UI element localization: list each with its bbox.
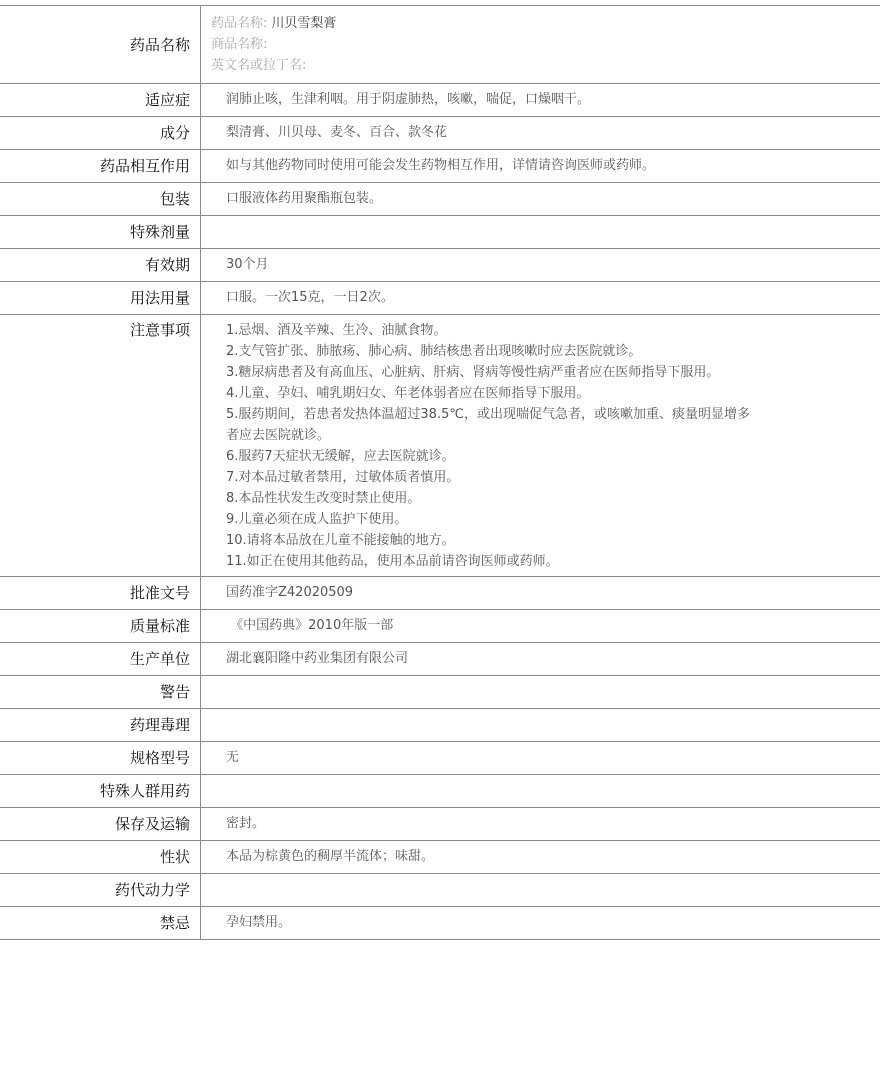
precaution-item: 7.对本品过敏者禁用，过敏体质者慎用。 [226, 467, 756, 488]
generic-name-value: 川贝雪梨膏 [271, 16, 336, 31]
row-value: 1.忌烟、酒及辛辣、生冷、油腻食物。 2.支气管扩张、肺脓疡、肺心病、肺结核患者… [201, 315, 880, 577]
row-drug-name: 药品名称 药品名称:川贝雪梨膏 商品名称: 英文名或拉丁名: [0, 6, 880, 84]
row-value [201, 709, 880, 742]
row-label: 保存及运输 [0, 808, 201, 841]
row-label: 药品相互作用 [0, 150, 201, 183]
row-label: 药理毒理 [0, 709, 201, 742]
precaution-item: 3.糖尿病患者及有高血压、心脏病、肝病、肾病等慢性病严重者应在医师指导下服用。 [226, 362, 756, 383]
row-value [201, 676, 880, 709]
row-value: 梨清膏、川贝母、麦冬、百合、款冬花 [201, 117, 880, 150]
row-contraindications: 禁忌 孕妇禁用。 [0, 907, 880, 940]
generic-name-line: 药品名称:川贝雪梨膏 [211, 13, 880, 34]
row-label: 成分 [0, 117, 201, 150]
row-value [201, 874, 880, 907]
row-value: 口服液体药用聚酯瓶包装。 [201, 183, 880, 216]
precaution-item: 5.服药期间，若患者发热体温超过38.5℃，或出现喘促气急者，或咳嗽加重、痰量明… [226, 404, 756, 446]
row-quality-standard: 质量标准 《中国药典》2010年版一部 [0, 610, 880, 643]
row-label: 生产单位 [0, 643, 201, 676]
precaution-item: 2.支气管扩张、肺脓疡、肺心病、肺结核患者出现咳嗽时应去医院就诊。 [226, 341, 756, 362]
row-value: 30个月 [201, 249, 880, 282]
row-value [201, 775, 880, 808]
row-dosage: 用法用量 口服。一次15克，一日2次。 [0, 282, 880, 315]
row-value: 无 [201, 742, 880, 775]
row-value: 口服。一次15克，一日2次。 [201, 282, 880, 315]
row-ingredients: 成分 梨清膏、川贝母、麦冬、百合、款冬花 [0, 117, 880, 150]
row-approval-number: 批准文号 国药准字Z42020509 [0, 577, 880, 610]
precaution-item: 1.忌烟、酒及辛辣、生冷、油腻食物。 [226, 320, 756, 341]
row-special-populations: 特殊人群用药 [0, 775, 880, 808]
row-manufacturer: 生产单位 湖北襄阳隆中药业集团有限公司 [0, 643, 880, 676]
latin-name-line: 英文名或拉丁名: [211, 55, 880, 76]
row-warning: 警告 [0, 676, 880, 709]
row-value: 药品名称:川贝雪梨膏 商品名称: 英文名或拉丁名: [201, 6, 880, 84]
row-label: 有效期 [0, 249, 201, 282]
row-label: 药品名称 [0, 6, 201, 84]
row-label: 质量标准 [0, 610, 201, 643]
row-label: 注意事项 [0, 315, 201, 577]
row-label: 包装 [0, 183, 201, 216]
row-label: 批准文号 [0, 577, 201, 610]
latin-name-key: 英文名或拉丁名: [211, 58, 306, 73]
row-label: 性状 [0, 841, 201, 874]
row-specification: 规格型号 无 [0, 742, 880, 775]
row-storage: 保存及运输 密封。 [0, 808, 880, 841]
row-value [201, 216, 880, 249]
row-shelf-life: 有效期 30个月 [0, 249, 880, 282]
precaution-item: 4.儿童、孕妇、哺乳期妇女、年老体弱者应在医师指导下服用。 [226, 383, 756, 404]
precaution-item: 9.儿童必须在成人监护下使用。 [226, 509, 756, 530]
row-pharmacology: 药理毒理 [0, 709, 880, 742]
row-label: 特殊剂量 [0, 216, 201, 249]
row-label: 禁忌 [0, 907, 201, 940]
row-packaging: 包装 口服液体药用聚酯瓶包装。 [0, 183, 880, 216]
trade-name-line: 商品名称: [211, 34, 880, 55]
row-value: 密封。 [201, 808, 880, 841]
row-description: 性状 本品为棕黄色的稠厚半流体；味甜。 [0, 841, 880, 874]
row-value: 如与其他药物同时使用可能会发生药物相互作用，详情请咨询医师或药师。 [201, 150, 880, 183]
precautions-list: 1.忌烟、酒及辛辣、生冷、油腻食物。 2.支气管扩张、肺脓疡、肺心病、肺结核患者… [226, 320, 880, 572]
generic-name-key: 药品名称: [211, 16, 267, 31]
row-value: 《中国药典》2010年版一部 [201, 610, 880, 643]
precaution-item: 8.本品性状发生改变时禁止使用。 [226, 488, 756, 509]
row-value: 孕妇禁用。 [201, 907, 880, 940]
row-value: 湖北襄阳隆中药业集团有限公司 [201, 643, 880, 676]
row-indications: 适应症 润肺止咳，生津利咽。用于阴虚肺热，咳嗽，喘促，口燥咽干。 [0, 84, 880, 117]
drug-spec-table: 药品名称 药品名称:川贝雪梨膏 商品名称: 英文名或拉丁名: 适应症 润肺止咳，… [0, 5, 880, 940]
row-label: 特殊人群用药 [0, 775, 201, 808]
row-label: 用法用量 [0, 282, 201, 315]
row-pharmacokinetics: 药代动力学 [0, 874, 880, 907]
precaution-item: 10.请将本品放在儿童不能接触的地方。 [226, 530, 756, 551]
row-label: 警告 [0, 676, 201, 709]
row-interactions: 药品相互作用 如与其他药物同时使用可能会发生药物相互作用，详情请咨询医师或药师。 [0, 150, 880, 183]
precaution-item: 11.如正在使用其他药品，使用本品前请咨询医师或药师。 [226, 551, 756, 572]
row-special-dosage: 特殊剂量 [0, 216, 880, 249]
row-label: 适应症 [0, 84, 201, 117]
trade-name-key: 商品名称: [211, 37, 267, 52]
row-precautions: 注意事项 1.忌烟、酒及辛辣、生冷、油腻食物。 2.支气管扩张、肺脓疡、肺心病、… [0, 315, 880, 577]
row-label: 规格型号 [0, 742, 201, 775]
row-label: 药代动力学 [0, 874, 201, 907]
precaution-item: 6.服药7天症状无缓解，应去医院就诊。 [226, 446, 756, 467]
row-value: 本品为棕黄色的稠厚半流体；味甜。 [201, 841, 880, 874]
row-value: 润肺止咳，生津利咽。用于阴虚肺热，咳嗽，喘促，口燥咽干。 [201, 84, 880, 117]
row-value: 国药准字Z42020509 [201, 577, 880, 610]
